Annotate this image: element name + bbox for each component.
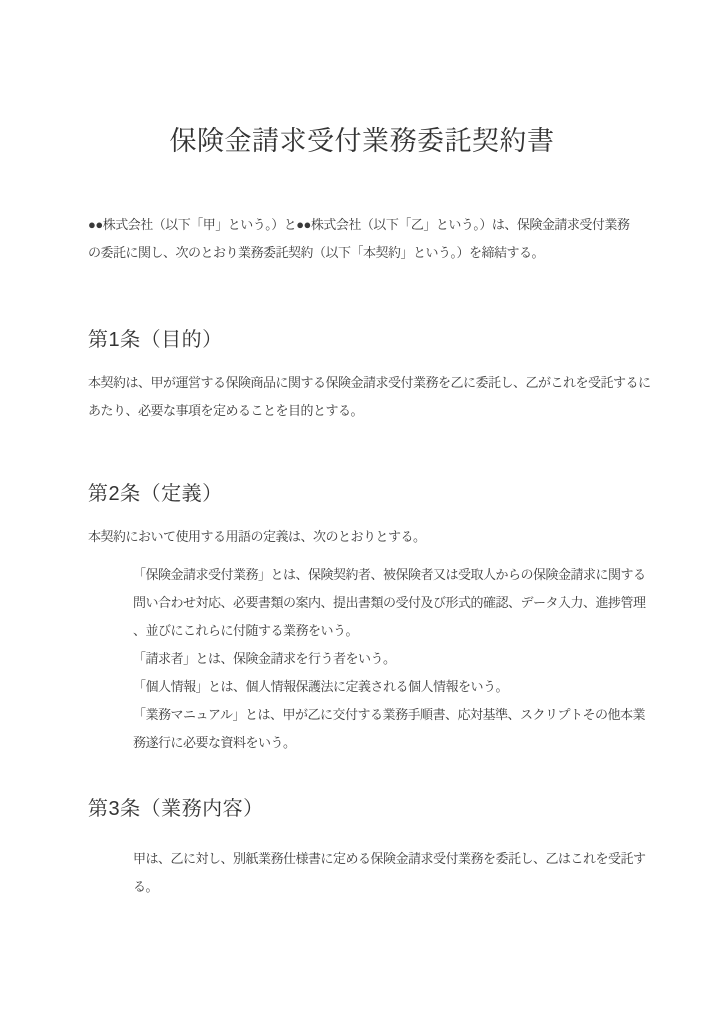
preamble-line: ●●株式会社（以下「甲」という。）と●●株式会社（以下「乙」という。）は、保険金… bbox=[88, 211, 636, 239]
article-2-body: 本契約において使用する用語の定義は、次のとおりとする。 bbox=[88, 523, 636, 551]
preamble-line: の委託に関し、次のとおり業務委託契約（以下「本契約」という。）を締結する。 bbox=[88, 239, 636, 267]
article-1-body: 本契約は、甲が運営する保険商品に関する保険金請求受付業務を乙に委託し、乙がこれを… bbox=[88, 369, 636, 425]
definition-line: 「個人情報」とは、個人情報保護法に定義される個人情報をいう。 bbox=[133, 673, 636, 701]
article-1-heading: 第1条（目的） bbox=[88, 326, 636, 354]
definition-line: 「業務マニュアル」とは、甲が乙に交付する業務手順書、応対基準、スクリプトその他本… bbox=[133, 701, 636, 729]
article-3-scope-of-work: 第3条（業務内容） 甲は、乙に対し、別紙業務仕様書に定める保険金請求受付業務を委… bbox=[88, 795, 636, 901]
article-3-body-line: る。 bbox=[133, 873, 636, 901]
definition-line: 問い合わせ対応、必要書類の案内、提出書類の受付及び形式的確認、データ入力、進捗管… bbox=[133, 589, 636, 617]
article-1-body-line: あたり、必要な事項を定めることを目的とする。 bbox=[88, 397, 636, 425]
article-3-body-line: 甲は、乙に対し、別紙業務仕様書に定める保険金請求受付業務を委託し、乙はこれを受託… bbox=[133, 845, 636, 873]
definition-list: 「保険金請求受付業務」とは、保険契約者、被保険者又は受取人からの保険金請求に関す… bbox=[133, 561, 636, 757]
definition-line: 「保険金請求受付業務」とは、保険契約者、被保険者又は受取人からの保険金請求に関す… bbox=[133, 561, 636, 589]
article-3-body: 甲は、乙に対し、別紙業務仕様書に定める保険金請求受付業務を委託し、乙はこれを受託… bbox=[133, 845, 636, 901]
contract-document-page: 保険金請求受付業務委託契約書 ●●株式会社（以下「甲」という。）と●●株式会社（… bbox=[0, 0, 724, 1024]
document-content: 保険金請求受付業務委託契約書 ●●株式会社（以下「甲」という。）と●●株式会社（… bbox=[0, 0, 724, 901]
definition-line: 「請求者」とは、保険金請求を行う者をいう。 bbox=[133, 645, 636, 673]
document-title: 保険金請求受付業務委託契約書 bbox=[88, 0, 636, 157]
definition-line: 務遂行に必要な資料をいう。 bbox=[133, 729, 636, 757]
article-2-body-line: 本契約において使用する用語の定義は、次のとおりとする。 bbox=[88, 523, 636, 551]
article-2-heading: 第2条（定義） bbox=[88, 480, 636, 508]
article-3-heading: 第3条（業務内容） bbox=[88, 795, 636, 823]
definition-line: 、並びにこれらに付随する業務をいう。 bbox=[133, 617, 636, 645]
preamble: ●●株式会社（以下「甲」という。）と●●株式会社（以下「乙」という。）は、保険金… bbox=[88, 211, 636, 267]
article-2-definitions: 第2条（定義） 本契約において使用する用語の定義は、次のとおりとする。 「保険金… bbox=[88, 480, 636, 757]
article-1-body-line: 本契約は、甲が運営する保険商品に関する保険金請求受付業務を乙に委託し、乙がこれを… bbox=[88, 369, 636, 397]
article-1-purpose: 第1条（目的） 本契約は、甲が運営する保険商品に関する保険金請求受付業務を乙に委… bbox=[88, 326, 636, 425]
